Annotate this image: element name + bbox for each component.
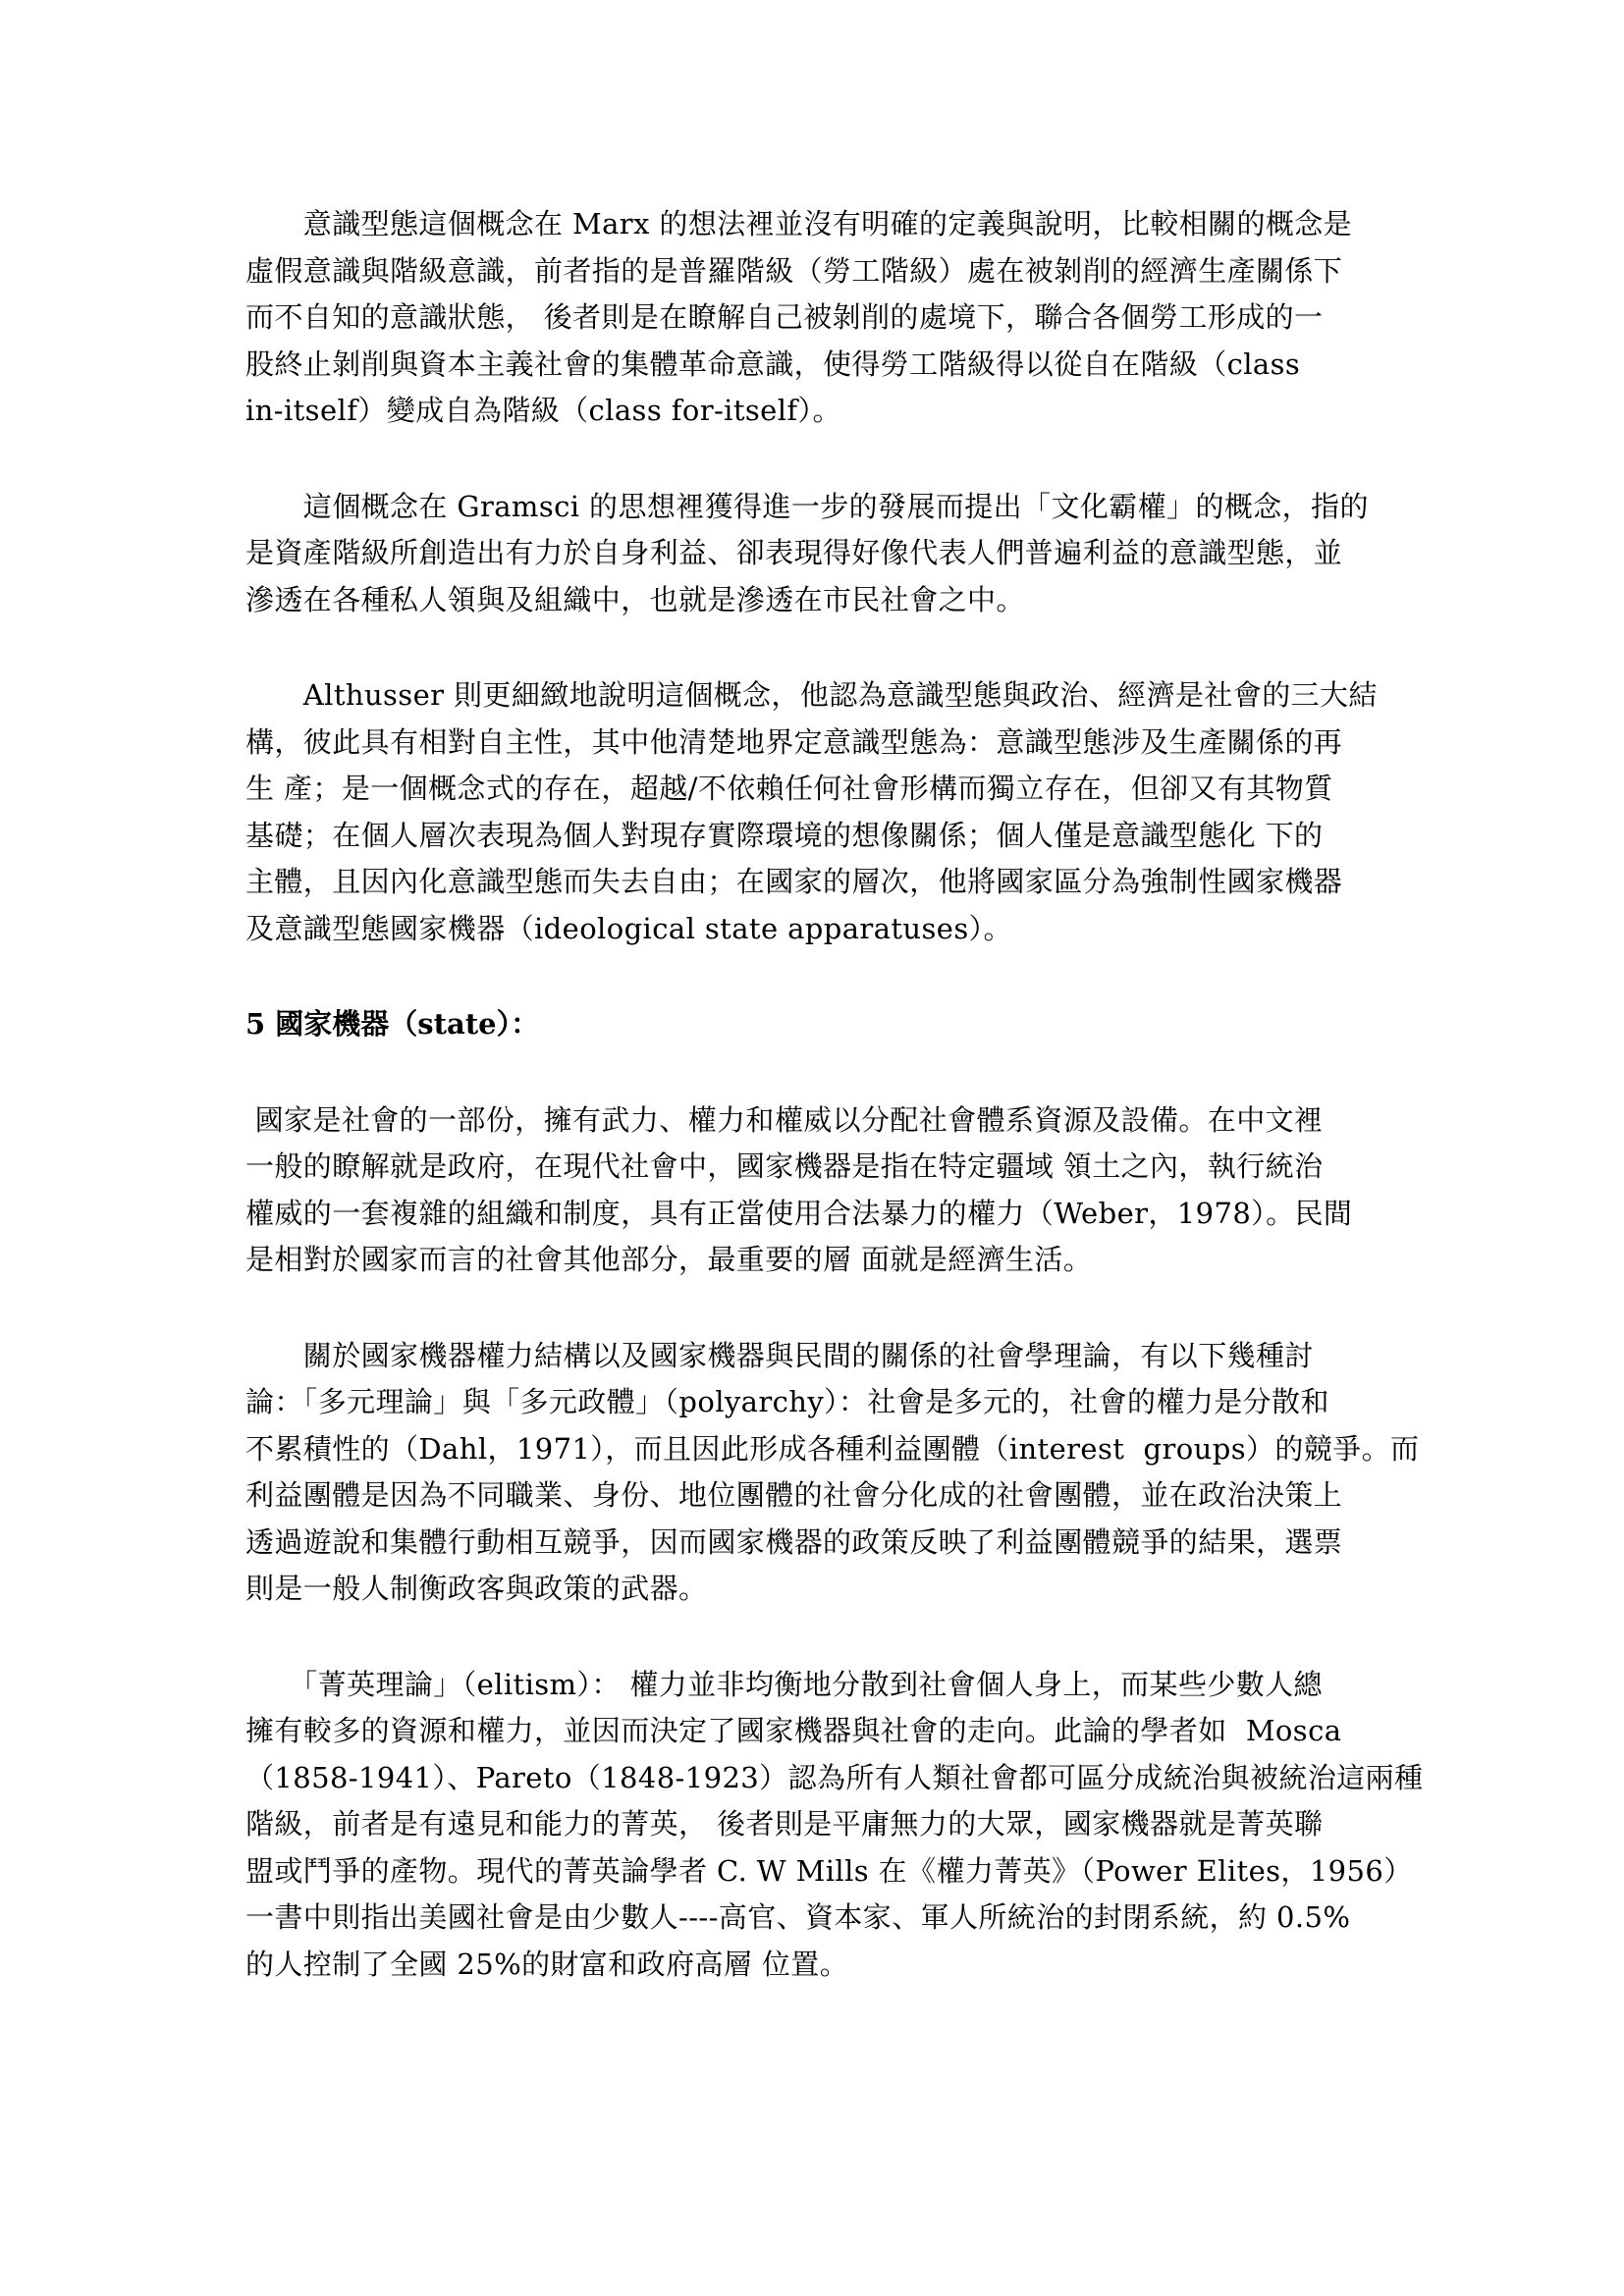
- paragraph-pluralism: 關於國家機器權力結構以及國家機器與民間的關係的社會學理論，有以下幾種討 論：「多…: [245, 1333, 1384, 1613]
- text-line: 生 產；是一個概念式的存在，超越/不依賴任何社會形構而獨立存在，但卻又有其物質: [245, 766, 1384, 813]
- text-line: 論：「多元理論」與「多元政體」（polyarchy）：社會是多元的，社會的權力是…: [245, 1379, 1384, 1426]
- document-page: 意識型態這個概念在 Marx 的想法裡並沒有明確的定義與說明，比較相關的概念是 …: [245, 201, 1384, 1988]
- text-line: in-itself）變成自為階級（class for-itself）。: [245, 388, 1384, 435]
- text-line: 則是一般人制衡政客與政策的武器。: [245, 1566, 1384, 1613]
- text-line: 「菁英理論」（elitism）： 權力並非均衡地分散到社會個人身上，而某些少數人…: [245, 1662, 1384, 1709]
- paragraph-elitism: 「菁英理論」（elitism）： 權力並非均衡地分散到社會個人身上，而某些少數人…: [245, 1662, 1384, 1989]
- text-line: 股終止剝削與資本主義社會的集體革命意識，使得勞工階級得以從自在階級（class: [245, 342, 1384, 389]
- text-line: 一般的瞭解就是政府，在現代社會中，國家機器是指在特定疆域 領土之內，執行統治: [245, 1144, 1384, 1191]
- text-line: 一書中則指出美國社會是由少數人----高官、資本家、軍人所統治的封閉系統，約 0…: [245, 1895, 1384, 1942]
- text-line: 及意識型態國家機器（ideological state apparatuses）…: [245, 906, 1384, 953]
- text-line: 權威的一套複雜的組織和制度，具有正當使用合法暴力的權力（Weber，1978）。…: [245, 1191, 1384, 1238]
- text-line: 滲透在各種私人領與及組織中，也就是滲透在市民社會之中。: [245, 577, 1384, 624]
- text-line: 是資產階級所創造出有力於自身利益、卻表現得好像代表人們普遍利益的意識型態，並: [245, 530, 1384, 577]
- text-line: 基礎；在個人層次表現為個人對現存實際環境的想像關係；個人僅是意識型態化 下的: [245, 813, 1384, 860]
- text-line: 階級，前者是有遠見和能力的菁英， 後者則是平庸無力的大眾，國家機器就是菁英聯: [245, 1801, 1384, 1848]
- text-line: 是相對於國家而言的社會其他部分，最重要的層 面就是經濟生活。: [245, 1237, 1384, 1284]
- text-line: （1858-1941）、Pareto（1848-1923）認為所有人類社會都可區…: [245, 1755, 1384, 1802]
- text-line: 透過遊說和集體行動相互競爭，因而國家機器的政策反映了利益團體競爭的結果，選票: [245, 1520, 1384, 1567]
- paragraph-spacer: [245, 1284, 1384, 1333]
- paragraph-spacer: [245, 952, 1384, 1001]
- paragraph-spacer: [245, 435, 1384, 484]
- text-line: 利益團體是因為不同職業、身份、地位團體的社會分化成的社會團體，並在政治決策上: [245, 1472, 1384, 1520]
- text-line: 而不自知的意識狀態， 後者則是在瞭解自己被剝削的處境下，聯合各個勞工形成的一: [245, 294, 1384, 342]
- paragraph-ideology-marx: 意識型態這個概念在 Marx 的想法裡並沒有明確的定義與說明，比較相關的概念是 …: [245, 201, 1384, 435]
- section-heading-state: 5 國家機器（state）：: [245, 1001, 1384, 1048]
- paragraph-spacer: [245, 1048, 1384, 1097]
- text-line: 構，彼此具有相對自主性，其中他清楚地界定意識型態為：意識型態涉及生產關係的再: [245, 720, 1384, 767]
- text-line: 不累積性的（Dahl，1971），而且因此形成各種利益團體（interest g…: [245, 1426, 1384, 1473]
- text-line: 盟或鬥爭的產物。現代的菁英論學者 C. W Mills 在《權力菁英》（Powe…: [245, 1848, 1384, 1896]
- text-line: Althusser 則更細緻地說明這個概念，他認為意識型態與政治、經濟是社會的三…: [245, 672, 1384, 720]
- paragraph-althusser: Althusser 則更細緻地說明這個概念，他認為意識型態與政治、經濟是社會的三…: [245, 672, 1384, 952]
- text-line: 關於國家機器權力結構以及國家機器與民間的關係的社會學理論，有以下幾種討: [245, 1333, 1384, 1380]
- text-line: 這個概念在 Gramsci 的思想裡獲得進一步的發展而提出「文化霸權」的概念，指…: [245, 484, 1384, 531]
- text-line: 主體，且因內化意識型態而失去自由；在國家的層次，他將國家區分為強制性國家機器: [245, 859, 1384, 906]
- paragraph-spacer: [245, 623, 1384, 672]
- paragraph-gramsci: 這個概念在 Gramsci 的思想裡獲得進一步的發展而提出「文化霸權」的概念，指…: [245, 484, 1384, 624]
- text-line: 虛假意識與階級意識，前者指的是普羅階級（勞工階級）處在被剝削的經濟生產關係下: [245, 248, 1384, 295]
- paragraph-spacer: [245, 1613, 1384, 1662]
- text-line: 國家是社會的一部份，擁有武力、權力和權威以分配社會體系資源及設備。在中文裡: [245, 1097, 1384, 1145]
- paragraph-state-definition: 國家是社會的一部份，擁有武力、權力和權威以分配社會體系資源及設備。在中文裡 一般…: [245, 1097, 1384, 1284]
- text-line: 意識型態這個概念在 Marx 的想法裡並沒有明確的定義與說明，比較相關的概念是: [245, 201, 1384, 248]
- text-line: 的人控制了全國 25%的財富和政府高層 位置。: [245, 1942, 1384, 1989]
- text-line: 擁有較多的資源和權力，並因而決定了國家機器與社會的走向。此論的學者如 Mosca: [245, 1708, 1384, 1755]
